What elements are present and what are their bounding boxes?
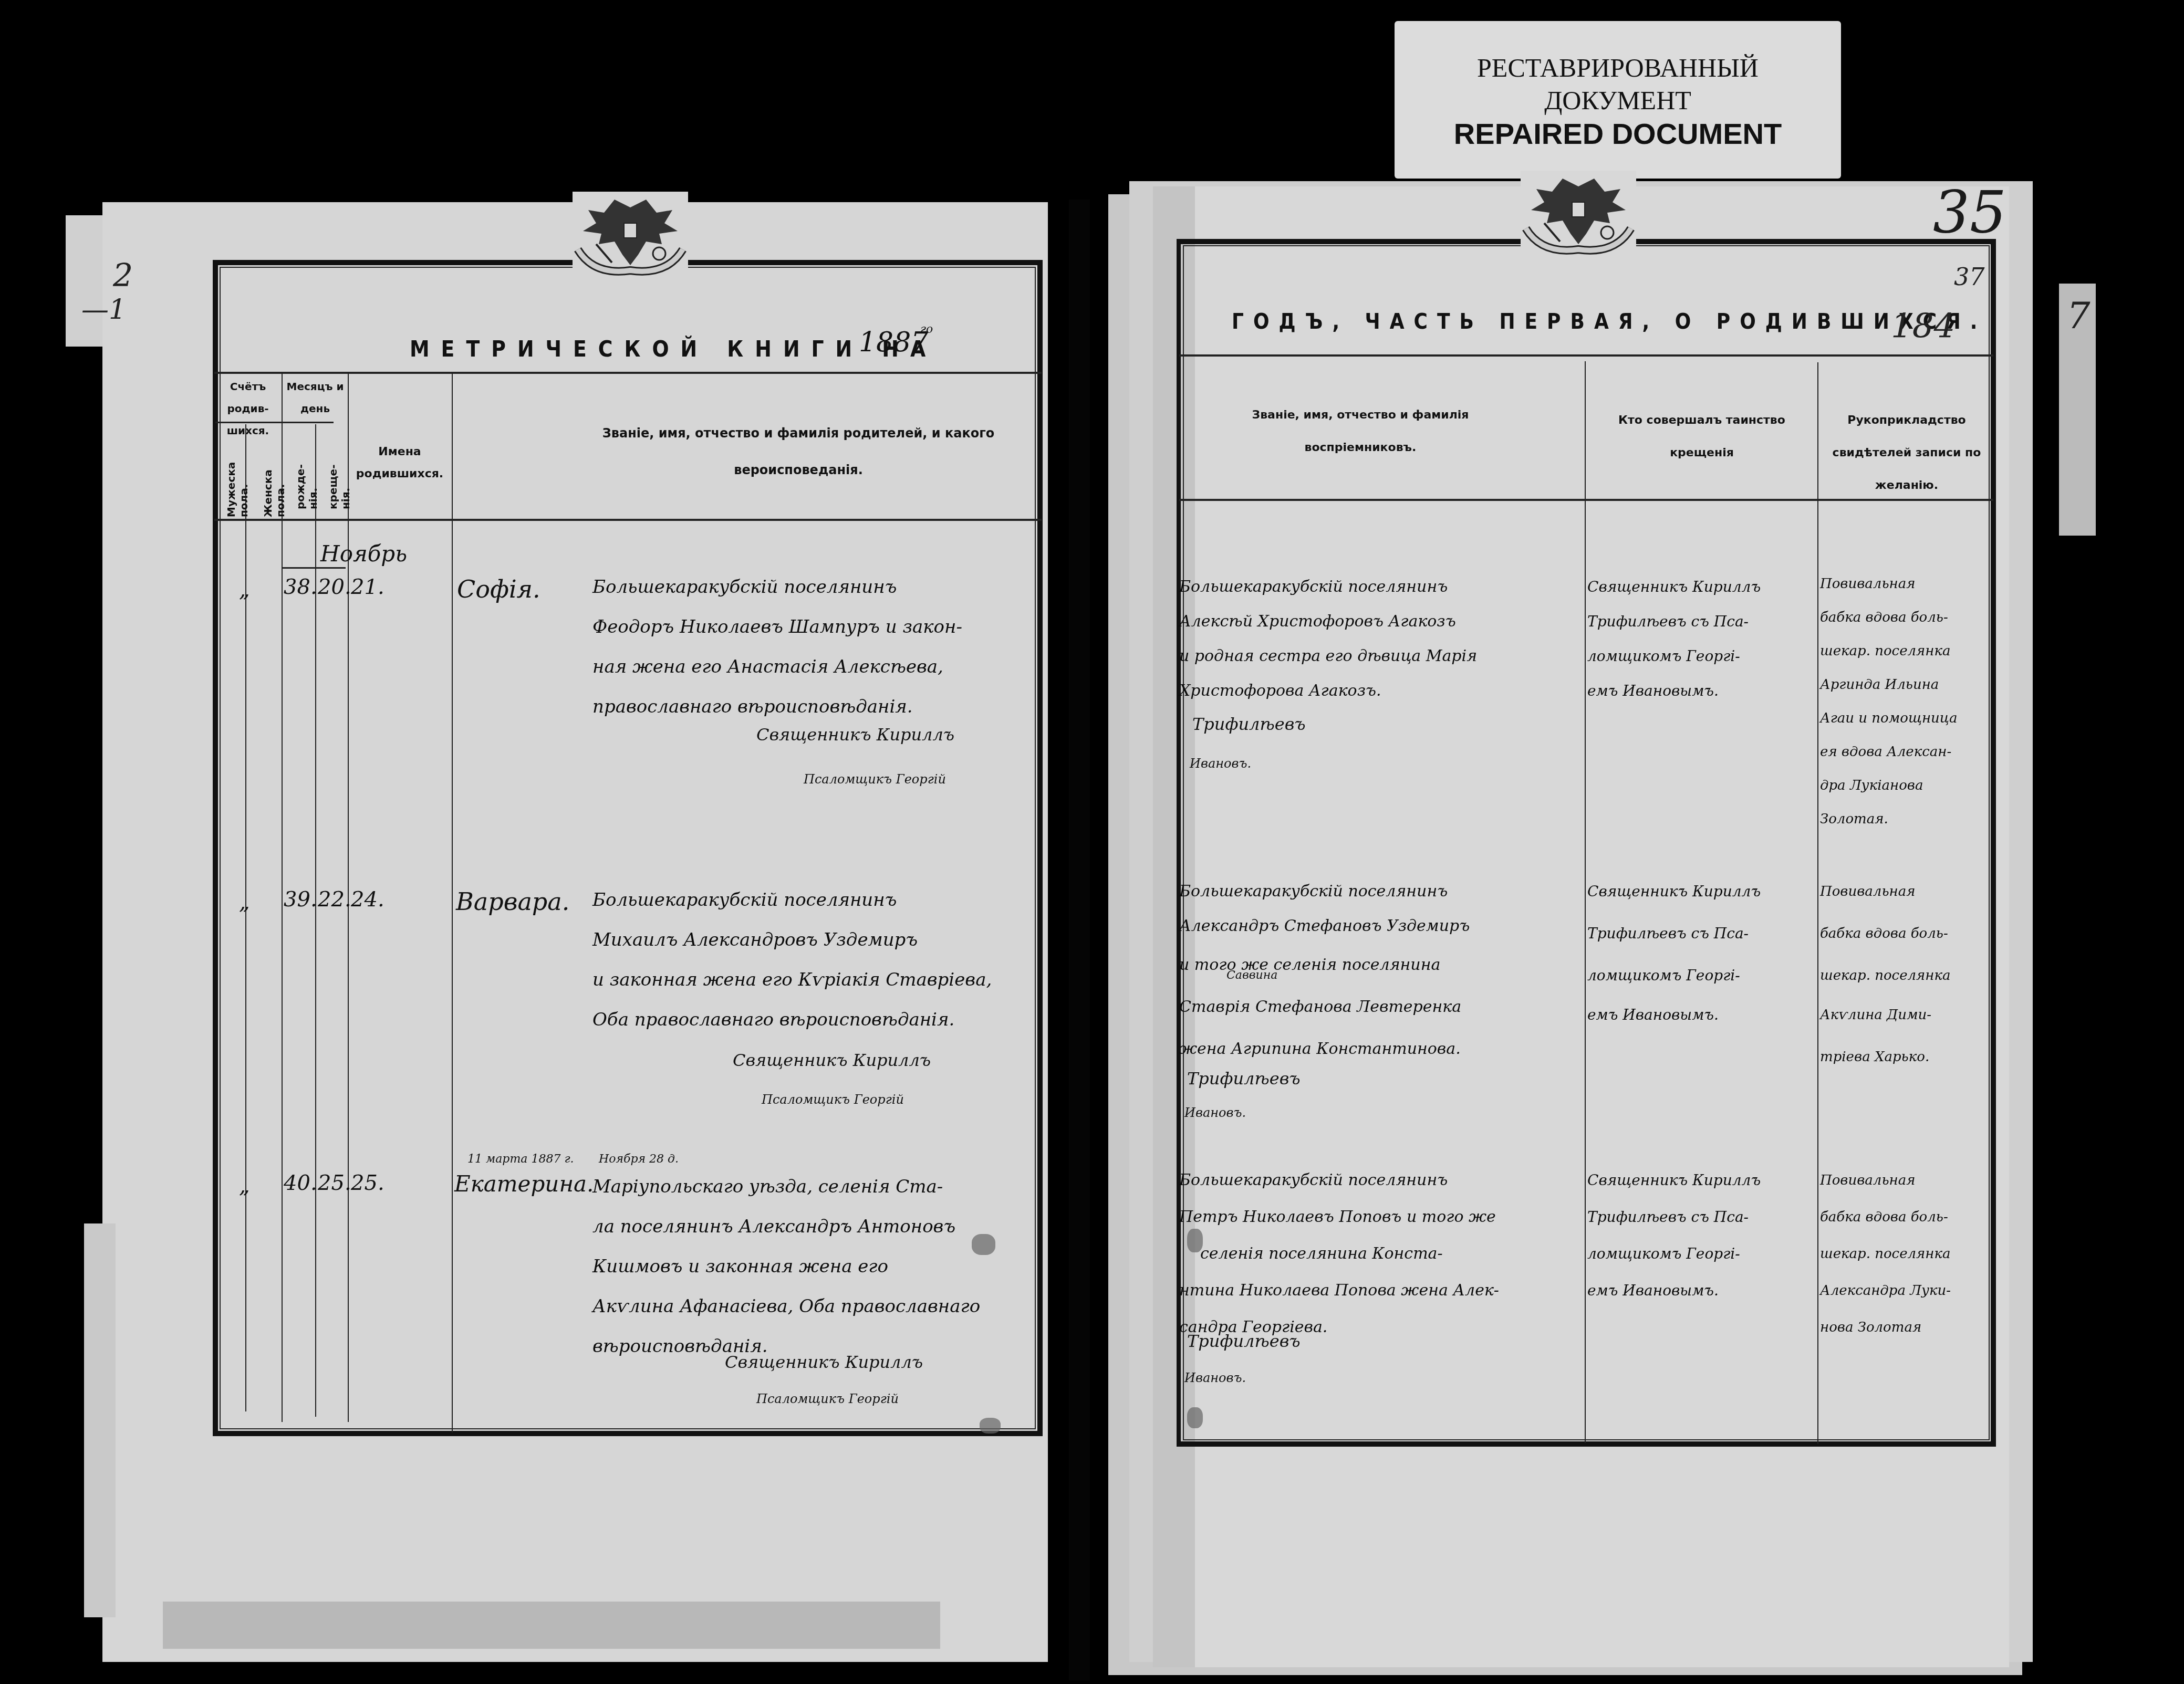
month-label: Ноябрь [320,541,407,567]
ink-stain [1187,1229,1203,1252]
ink-stain [972,1234,995,1255]
double-headed-eagle-icon [573,192,688,281]
godparents-line: и родная сестра его дѣвица Марія [1179,636,1477,676]
parents-line: Большекаракубскій поселянинъ [592,880,897,920]
label-line-ru-2: ДОКУМЕНТ [1395,84,1841,117]
godparents-line: селенія поселянина Конста- [1200,1234,1443,1274]
parents-line: православнаго вѣроисповѣданія. [592,687,913,727]
godparents-line: Алексѣй Христофоровъ Агакозъ [1179,602,1456,642]
godparents-line: Большекаракубскій поселянинъ [1179,567,1448,607]
performed-by-line: емъ Ивановымъ. [1587,671,1719,711]
godparents-line: Александръ Стефановъ Уздемиръ [1179,906,1470,946]
header-month-day: Месяцъ и день [283,375,348,420]
female-count: 40. [284,1171,317,1195]
table-rule [214,519,1042,521]
priest-signature: Священникъ Кириллъ [725,1352,923,1372]
clerk-signature: Псаломщикъ Георгій [804,772,946,787]
header-male: Мужеска пола. [225,438,250,517]
parents-line: Михаилъ Александровъ Уздемиръ [592,920,918,960]
right-page-title: ГОДЪ, ЧАСТЬ ПЕРВАЯ, О РОДИВШИХСЯ. [1232,310,1987,334]
header-female: Женска пола. [262,438,287,517]
witness-line: бабка вдова боль- [1820,914,1948,954]
parents-line: и законная жена его Кѵріакія Ставріева, [592,960,992,1000]
performed-by-line: Священникъ Кириллъ [1587,872,1761,912]
column-divider [1817,362,1818,1444]
folio-number-small: 37 [1954,263,1985,291]
witness-line: нова Золотая [1820,1308,1921,1347]
clerk-signature: Псаломщикъ Георгій [762,1092,904,1107]
witness-line: Александра Луки- [1820,1271,1951,1311]
ink-stain [980,1418,1001,1434]
parents-line: Маріупольскаго уѣзда, селенія Ста- [592,1167,943,1207]
performed-by-line: емъ Ивановымъ. [1587,1271,1719,1311]
child-name: Екатерина. [454,1171,594,1197]
male-count: „ [239,1174,250,1198]
performed-by-line: Священникъ Кириллъ [1587,567,1761,607]
header-performed-by: Кто совершалъ таинство крещенія [1592,404,1812,469]
child-name: Софія. [457,575,540,603]
godparents-line: Христофорова Агакозъ. [1179,671,1381,711]
header-child-name: Имена родившихся. [349,441,450,485]
priest-signature: Священникъ Кириллъ [756,725,954,745]
header-birth-date: рожде-нія. [294,446,319,509]
margin-mark: —1 [81,294,126,326]
witness-line: дра Лукіанова [1820,769,1923,802]
parents-line: Оба православнаго вѣроисповѣданія. [592,1000,954,1040]
child-name: Варвара. [456,887,569,916]
header-parents: Званіе, имя, отчество и фамилія родителе… [578,415,1019,488]
header-godparents: Званіе, имя, отчество и фамилія воспріем… [1250,399,1471,464]
witness-line: шекар. поселянка [1820,634,1951,668]
parents-line: Кишмовъ и законная жена его [592,1247,888,1286]
left-page-title: МЕТРИЧЕСКОЙ КНИГИ НА [410,336,937,362]
birth-day: 25. [318,1171,351,1195]
witness-line: тріева Харько. [1820,1037,1929,1077]
performed-by-line: ломщикомъ Георгі- [1587,636,1740,676]
witness-line: Агаи и помощница [1820,702,1958,735]
female-count: 39. [284,887,317,912]
column-divider [315,424,316,1417]
header-birth-count: Счётъ родив-шихся. [215,375,280,442]
parents-line: Большекаракубскій поселянинъ [592,567,897,607]
page-repair-strip [163,1602,940,1649]
witness-line: Золотая. [1820,802,1888,836]
book-spine [1069,200,1090,1680]
table-rule [1179,354,1993,357]
register-year-suffix: го [920,323,933,336]
witness-line: бабка вдова боль- [1820,1197,1948,1237]
female-count: 38. [284,575,317,599]
godparents-correction: Саввина [1226,969,1277,982]
godparent-sign: Трифилѣевъ [1192,714,1306,734]
column-divider [1585,361,1586,1443]
margin-folio-note: 7 [2067,294,2091,337]
godparent-sign: Ивановъ. [1190,756,1251,771]
column-divider [452,372,453,1432]
label-line-en: REPAIRED DOCUMENT [1395,117,1841,151]
folio-number: 35 [1933,179,2006,246]
baptism-day: 21. [351,575,384,599]
baptism-day: 24. [351,887,384,912]
label-line-ru-1: РЕСТАВРИРОВАННЫЙ [1395,51,1841,84]
parents-line: ла поселянинъ Александръ Антоновъ [592,1207,955,1247]
priest-signature: Священникъ Кириллъ [733,1050,931,1070]
witness-line: ея вдова Алексан- [1820,735,1951,769]
imperial-eagle-emblem [573,192,688,281]
register-year: 1887 [859,327,928,358]
godparent-sign: Ивановъ. [1184,1105,1246,1120]
column-divider [245,424,246,1411]
margin-mark: 2 [113,257,133,294]
header-witnesses: Рукоприкладство свидѣтелей записи по жел… [1820,404,1993,502]
godparents-line: нтина Николаева Попова жена Алек- [1179,1271,1499,1311]
godparents-line: жена Агрипина Константинова. [1179,1029,1461,1069]
month-underline [283,567,346,569]
witness-line: шекар. поселянка [1820,1234,1951,1274]
witness-line: Повивальная [1820,872,1915,912]
double-headed-eagle-icon [1521,171,1636,260]
witness-line: Акѵлина Дими- [1820,995,1931,1035]
witness-line: бабка вдова боль- [1820,601,1948,634]
page-repair-strip [84,1223,116,1617]
performed-by-line: ломщикомъ Георгі- [1587,1234,1740,1274]
godparent-sign: Ивановъ. [1184,1371,1246,1385]
godparents-line: Большекаракубскій поселянинъ [1179,1160,1448,1200]
performed-by-line: ломщикомъ Георгі- [1587,956,1740,996]
parents-line: Феодоръ Николаевъ Шампуръ и закон- [592,607,962,647]
godparents-line: Ставрія Стефанова Левтеренка [1179,987,1461,1027]
witness-line: Повивальная [1820,567,1915,601]
performed-by-line: Трифилѣевъ съ Пса- [1587,1197,1749,1237]
godparents-line: Большекаракубскій поселянинъ [1179,872,1448,912]
male-count: „ [239,890,250,914]
imperial-eagle-emblem [1521,171,1636,260]
repaired-document-label: РЕСТАВРИРОВАННЫЙ ДОКУМЕНТ REPAIRED DOCUM… [1395,21,1841,179]
godparents-line: и того же селенія поселянина [1179,945,1440,985]
male-count: „ [239,578,250,602]
name-margin-note: 11 марта 1887 г. [467,1153,574,1166]
godparent-sign: Трифилѣевъ [1187,1069,1301,1089]
header-baptism-date: креще-нія. [327,446,352,509]
godparent-sign: Трифилѣевъ [1187,1331,1301,1351]
birth-day: 22. [318,887,351,912]
parents-margin-note: Ноября 28 д. [599,1153,679,1166]
witness-line: Повивальная [1820,1160,1915,1200]
performed-by-line: Священникъ Кириллъ [1587,1160,1761,1200]
page-number: 184 [1891,307,1955,346]
godparents-line: Петръ Николаевъ Поповъ и того же [1179,1197,1496,1237]
birth-day: 20. [318,575,351,599]
witness-line: Аргинда Ильина [1820,668,1939,702]
table-rule [214,372,1042,374]
performed-by-line: Трифилѣевъ съ Пса- [1587,602,1749,642]
column-divider [282,372,283,1422]
parents-line: ная жена его Анастасія Алексѣева, [592,647,943,687]
performed-by-line: емъ Ивановымъ. [1587,995,1719,1035]
witness-line: шекар. поселянка [1820,956,1951,996]
ink-stain [1187,1407,1203,1428]
baptism-day: 25. [351,1171,384,1195]
performed-by-line: Трифилѣевъ съ Пса- [1587,914,1749,954]
parents-line: Акѵлина Афанасіева, Оба православнаго [592,1286,980,1326]
clerk-signature: Псаломщикъ Георгій [756,1392,899,1406]
